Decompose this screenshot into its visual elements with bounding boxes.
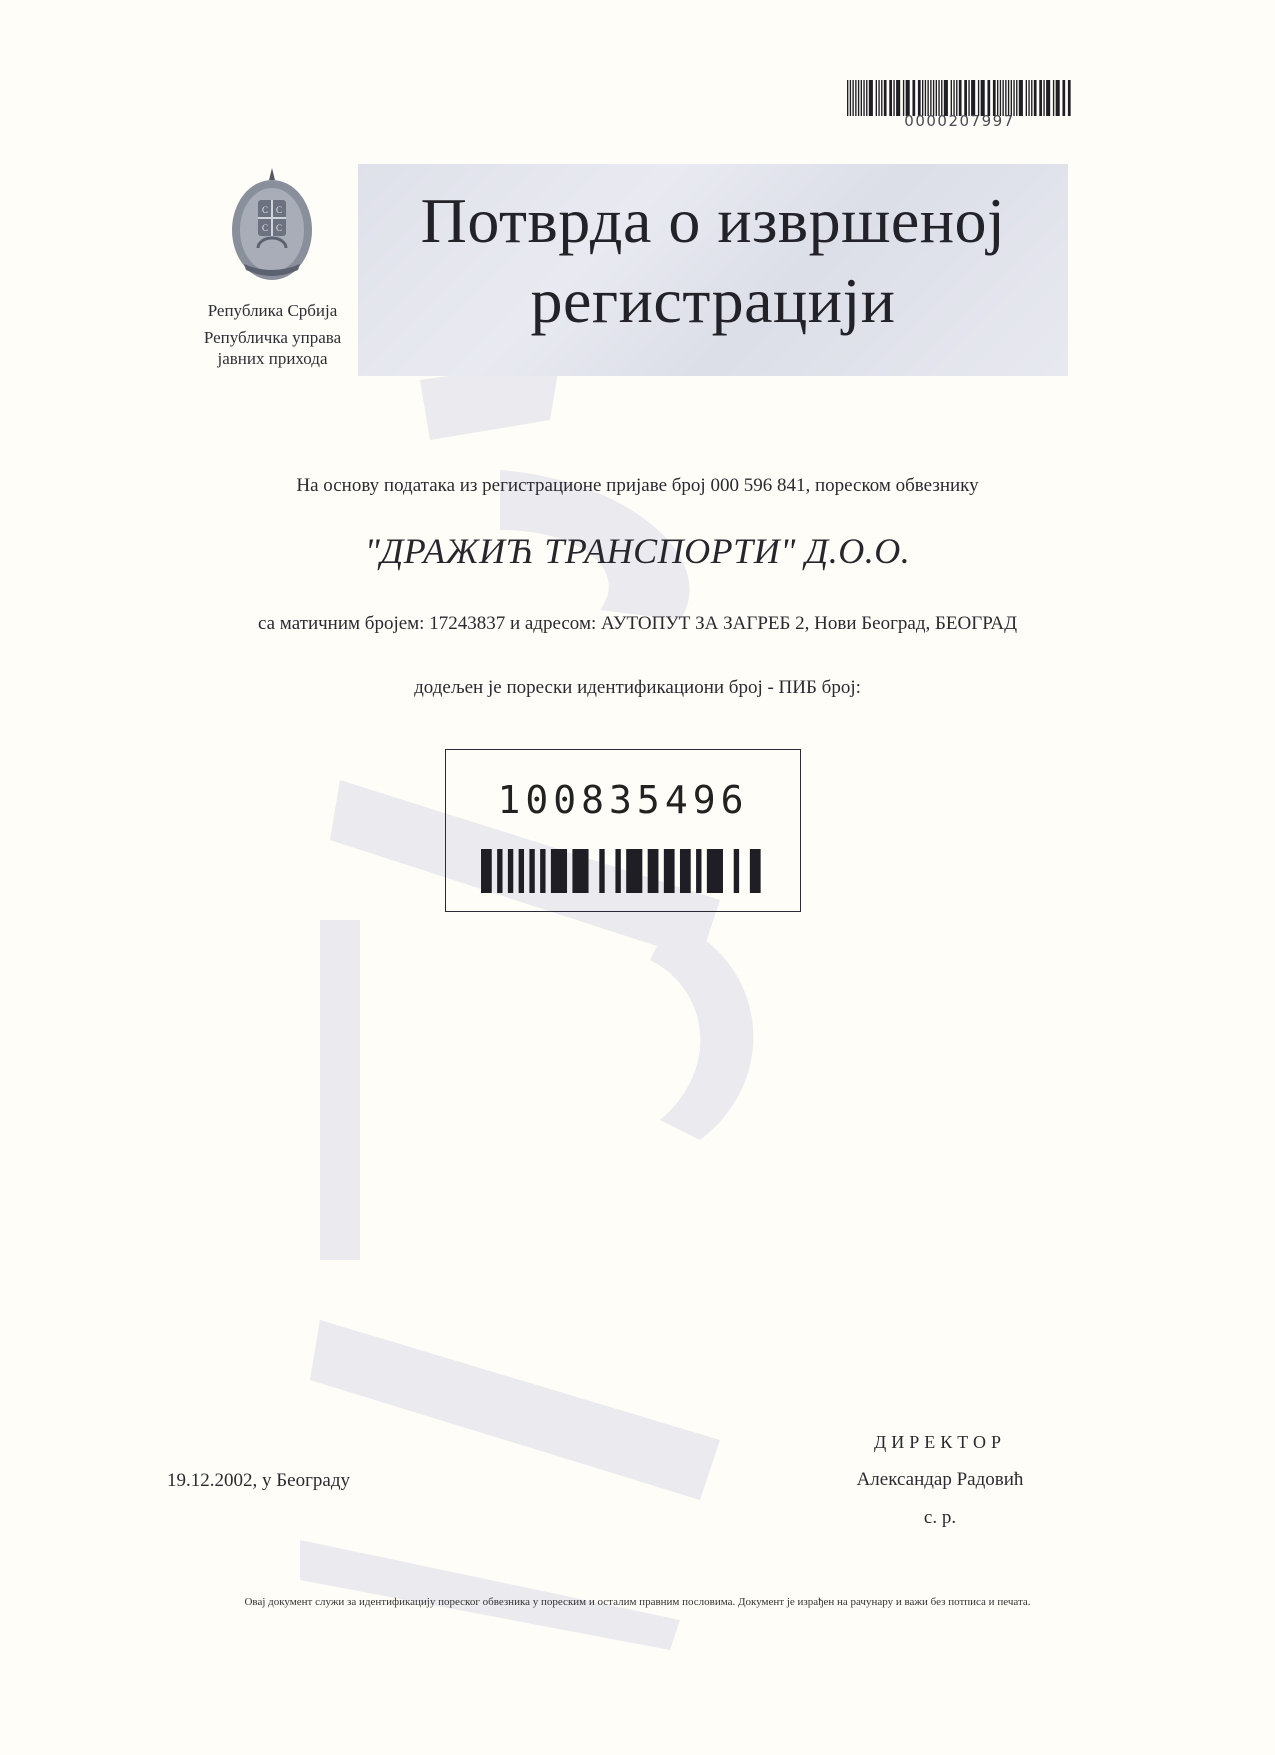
pib-number: 100835496 [446,778,800,822]
signature-block: ДИРЕКТОР Александар Радовић с. р. [820,1432,1060,1529]
footer-disclaimer: Овај документ служи за идентификацију по… [0,1596,1275,1608]
issuer-country: Република Србија [170,300,375,321]
signature-note: с. р. [820,1507,1060,1529]
svg-text:С: С [262,223,268,233]
pib-label: додељен је порески идентификациони број … [0,677,1275,699]
signatory-name: Александар Радовић [820,1469,1060,1491]
pib-barcode [481,849,766,893]
intro-text: На основу података из регистрационе приј… [0,475,1275,497]
document-barcode-number: 0000207997 [847,112,1072,130]
coat-of-arms-icon: С С С С [228,166,316,288]
document-title-line1: Потврда о извршеној [358,184,1068,258]
date-place: 19.12.2002, у Београду [167,1470,350,1492]
pib-box: 100835496 [445,749,801,912]
title-banner: Потврда о извршеној регистрацији [358,164,1068,376]
registration-address-text: са матичним бројем: 17243837 и адресом: … [0,613,1275,635]
issuer-agency-line2: јавних прихода [170,348,375,369]
issuer-block: Република Србија Републичка управа јавни… [170,300,375,369]
svg-text:С: С [276,223,282,233]
document-title-line2: регистрацији [358,264,1068,338]
document-barcode [847,80,1072,116]
svg-text:С: С [276,205,282,215]
issuer-agency-line1: Републичка управа [170,327,375,348]
signatory-role: ДИРЕКТОР [820,1432,1060,1453]
svg-text:С: С [262,205,268,215]
company-name: "ДРАЖИЋ ТРАНСПОРТИ" Д.О.О. [0,530,1275,572]
